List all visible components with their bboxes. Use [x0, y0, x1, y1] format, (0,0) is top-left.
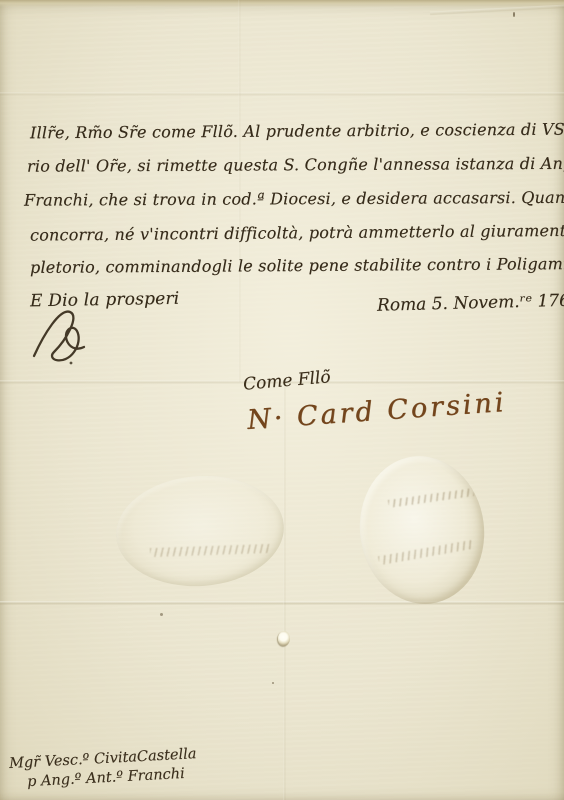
- fold-crease-horizontal-bottom: [0, 601, 564, 605]
- fold-crease-horizontal-top: [0, 92, 564, 96]
- fold-crease-vertical-lower: [283, 382, 286, 800]
- paraph-flourish: [24, 300, 108, 372]
- paper-top-edge: [0, 0, 564, 7]
- paper-sheet: Illr̃e, Rm̃o Sr̃e come Fllõ. Al prudente…: [0, 0, 564, 800]
- letter-text-line: Franchi, che si trova in cod.ª Diocesi, …: [24, 187, 564, 209]
- cardinal-signature: N· Card Corsini: [246, 387, 507, 436]
- ink-speck: [272, 682, 274, 684]
- wax-seal-hole: [278, 631, 290, 646]
- letter-text-line: concorra, né v'incontri difficoltà, potr…: [30, 220, 564, 244]
- letter-text-line: Illr̃e, Rm̃o Sr̃e come Fllõ. Al prudente…: [30, 119, 564, 143]
- embossed-seal-left: [112, 470, 287, 591]
- dateline: Roma 5. Novem.ʳᵉ 1763.: [377, 290, 564, 315]
- embossed-seal-right: [351, 449, 492, 611]
- letter-text-line: rio dell' Or̃e, si rimette questa S. Con…: [27, 153, 564, 175]
- ink-speck: [513, 12, 515, 17]
- letter-text-line: pletorio, comminandogli le solite pene s…: [30, 254, 564, 277]
- signature-salutation: Come Fllõ: [242, 367, 331, 395]
- ink-speck: [160, 613, 163, 616]
